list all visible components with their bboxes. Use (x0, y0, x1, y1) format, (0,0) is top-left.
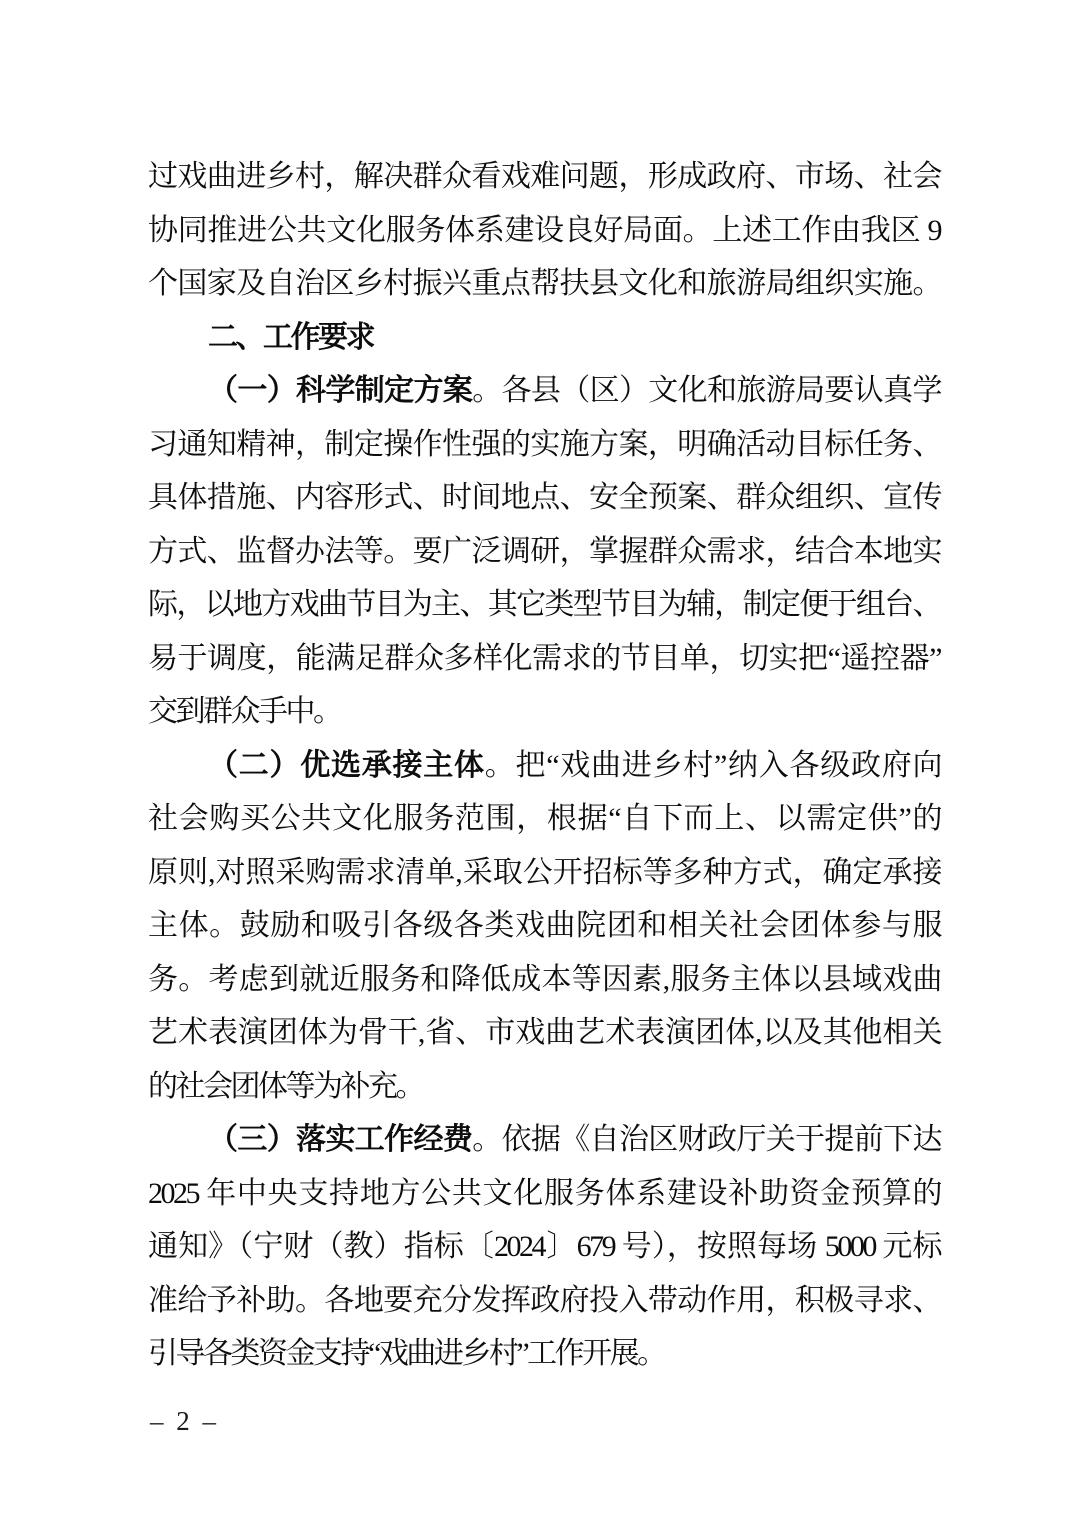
text-line: 主体。鼓励和吸引各级各类戏曲院团和相关社会团体参与服 (148, 899, 940, 953)
text-line: 过戏曲进乡村，解决群众看戏难问题，形成政府、市场、社会 (148, 150, 940, 204)
body-text: 原则,对照采购需求清单,采取公开招标等多种方式，确定承接 (148, 856, 940, 889)
text-line: 交到群众手中。 (148, 685, 940, 739)
text-line: （二）优选承接主体。把“戏曲进乡村”纳入各级政府向 (148, 739, 940, 793)
body-text: 引导各类资金支持“戏曲进乡村”工作开展。 (148, 1337, 665, 1370)
body-text: 。各县（区）文化和旅游局要认真学 (472, 374, 940, 407)
body-text: 方式、监督办法等。要广泛调研，掌握群众需求，结合本地实 (148, 535, 940, 568)
text-line: 2025 年中央支持地方公共文化服务体系建设补助资金预算的 (148, 1167, 940, 1221)
body-text: 准给予补助。各地要充分发挥政府投入带动作用，积极寻求、 (148, 1284, 940, 1317)
bold-lead-text: （一）科学制定方案 (208, 374, 472, 407)
text-line: 具体措施、内容形式、时间地点、安全预案、群众组织、宣传 (148, 471, 940, 525)
body-text: 。依据《自治区财政厅关于提前下达 (472, 1123, 940, 1156)
text-line: 通知》（宁财（教）指标〔2024〕679 号），按照每场 5000 元标 (148, 1220, 940, 1274)
document-page: { "document": { "background_color": "#ff… (0, 0, 1075, 1520)
text-line: 准给予补助。各地要充分发挥政府投入带动作用，积极寻求、 (148, 1274, 940, 1328)
body-text: 通知》（宁财（教）指标〔2024〕679 号），按照每场 5000 元标 (148, 1230, 940, 1263)
text-line: 原则,对照采购需求清单,采取公开招标等多种方式，确定承接 (148, 846, 940, 900)
body-text: 艺术表演团体为骨干,省、市戏曲艺术表演团体,以及其他相关 (148, 1016, 940, 1049)
body-text: 际，以地方戏曲节目为主、其它类型节目为辅，制定便于组台、 (148, 588, 940, 621)
text-line: 二、工作要求 (148, 311, 940, 365)
text-line: 艺术表演团体为骨干,省、市戏曲艺术表演团体,以及其他相关 (148, 1006, 940, 1060)
paragraph: （三）落实工作经费。依据《自治区财政厅关于提前下达2025 年中央支持地方公共文… (148, 1113, 940, 1381)
body-text: 。把“戏曲进乡村”纳入各级政府向 (485, 749, 940, 782)
text-line: 习通知精神，制定操作性强的实施方案，明确活动目标任务、 (148, 418, 940, 472)
body-text: 2025 年中央支持地方公共文化服务体系建设补助资金预算的 (148, 1177, 940, 1210)
text-line: 协同推进公共文化服务体系建设良好局面。上述工作由我区 9 (148, 204, 940, 258)
text-line: 务。考虑到就近服务和降低成本等因素,服务主体以县域戏曲 (148, 953, 940, 1007)
paragraph: （二）优选承接主体。把“戏曲进乡村”纳入各级政府向社会购买公共文化服务范围，根据… (148, 739, 940, 1114)
text-line: 社会购买公共文化服务范围，根据“自下而上、以需定供”的 (148, 792, 940, 846)
bold-lead-text: 二、工作要求 (208, 321, 373, 354)
document-body: 过戏曲进乡村，解决群众看戏难问题，形成政府、市场、社会协同推进公共文化服务体系建… (148, 150, 940, 1381)
body-text: 个国家及自治区乡村振兴重点帮扶县文化和旅游局组织实施。 (148, 267, 940, 300)
body-text: 具体措施、内容形式、时间地点、安全预案、群众组织、宣传 (148, 481, 940, 514)
bold-lead-text: （二）优选承接主体 (208, 749, 485, 782)
body-text: 协同推进公共文化服务体系建设良好局面。上述工作由我区 9 (148, 214, 940, 247)
body-text: 习通知精神，制定操作性强的实施方案，明确活动目标任务、 (148, 428, 940, 461)
body-text: 主体。鼓励和吸引各级各类戏曲院团和相关社会团体参与服 (148, 909, 940, 942)
paragraph: 过戏曲进乡村，解决群众看戏难问题，形成政府、市场、社会协同推进公共文化服务体系建… (148, 150, 940, 311)
body-text: 社会购买公共文化服务范围，根据“自下而上、以需定供”的 (148, 802, 940, 835)
body-text: 务。考虑到就近服务和降低成本等因素,服务主体以县域戏曲 (148, 963, 940, 996)
page-number: – 2 – (150, 1406, 219, 1437)
text-line: 易于调度，能满足群众多样化需求的节目单，切实把“遥控器” (148, 632, 940, 686)
body-text: 过戏曲进乡村，解决群众看戏难问题，形成政府、市场、社会 (148, 160, 940, 193)
body-text: 交到群众手中。 (148, 695, 341, 728)
text-line: 引导各类资金支持“戏曲进乡村”工作开展。 (148, 1327, 940, 1381)
paragraph: （一）科学制定方案。各县（区）文化和旅游局要认真学习通知精神，制定操作性强的实施… (148, 364, 940, 739)
text-line: （三）落实工作经费。依据《自治区财政厅关于提前下达 (148, 1113, 940, 1167)
text-line: 个国家及自治区乡村振兴重点帮扶县文化和旅游局组织实施。 (148, 257, 940, 311)
text-line: 的社会团体等为补充。 (148, 1060, 940, 1114)
section-heading: 二、工作要求 (148, 311, 940, 365)
bold-lead-text: （三）落实工作经费 (208, 1123, 472, 1156)
text-line: 际，以地方戏曲节目为主、其它类型节目为辅，制定便于组台、 (148, 578, 940, 632)
text-line: 方式、监督办法等。要广泛调研，掌握群众需求，结合本地实 (148, 525, 940, 579)
body-text: 易于调度，能满足群众多样化需求的节目单，切实把“遥控器” (148, 642, 940, 675)
text-line: （一）科学制定方案。各县（区）文化和旅游局要认真学 (148, 364, 940, 418)
body-text: 的社会团体等为补充。 (148, 1070, 423, 1103)
